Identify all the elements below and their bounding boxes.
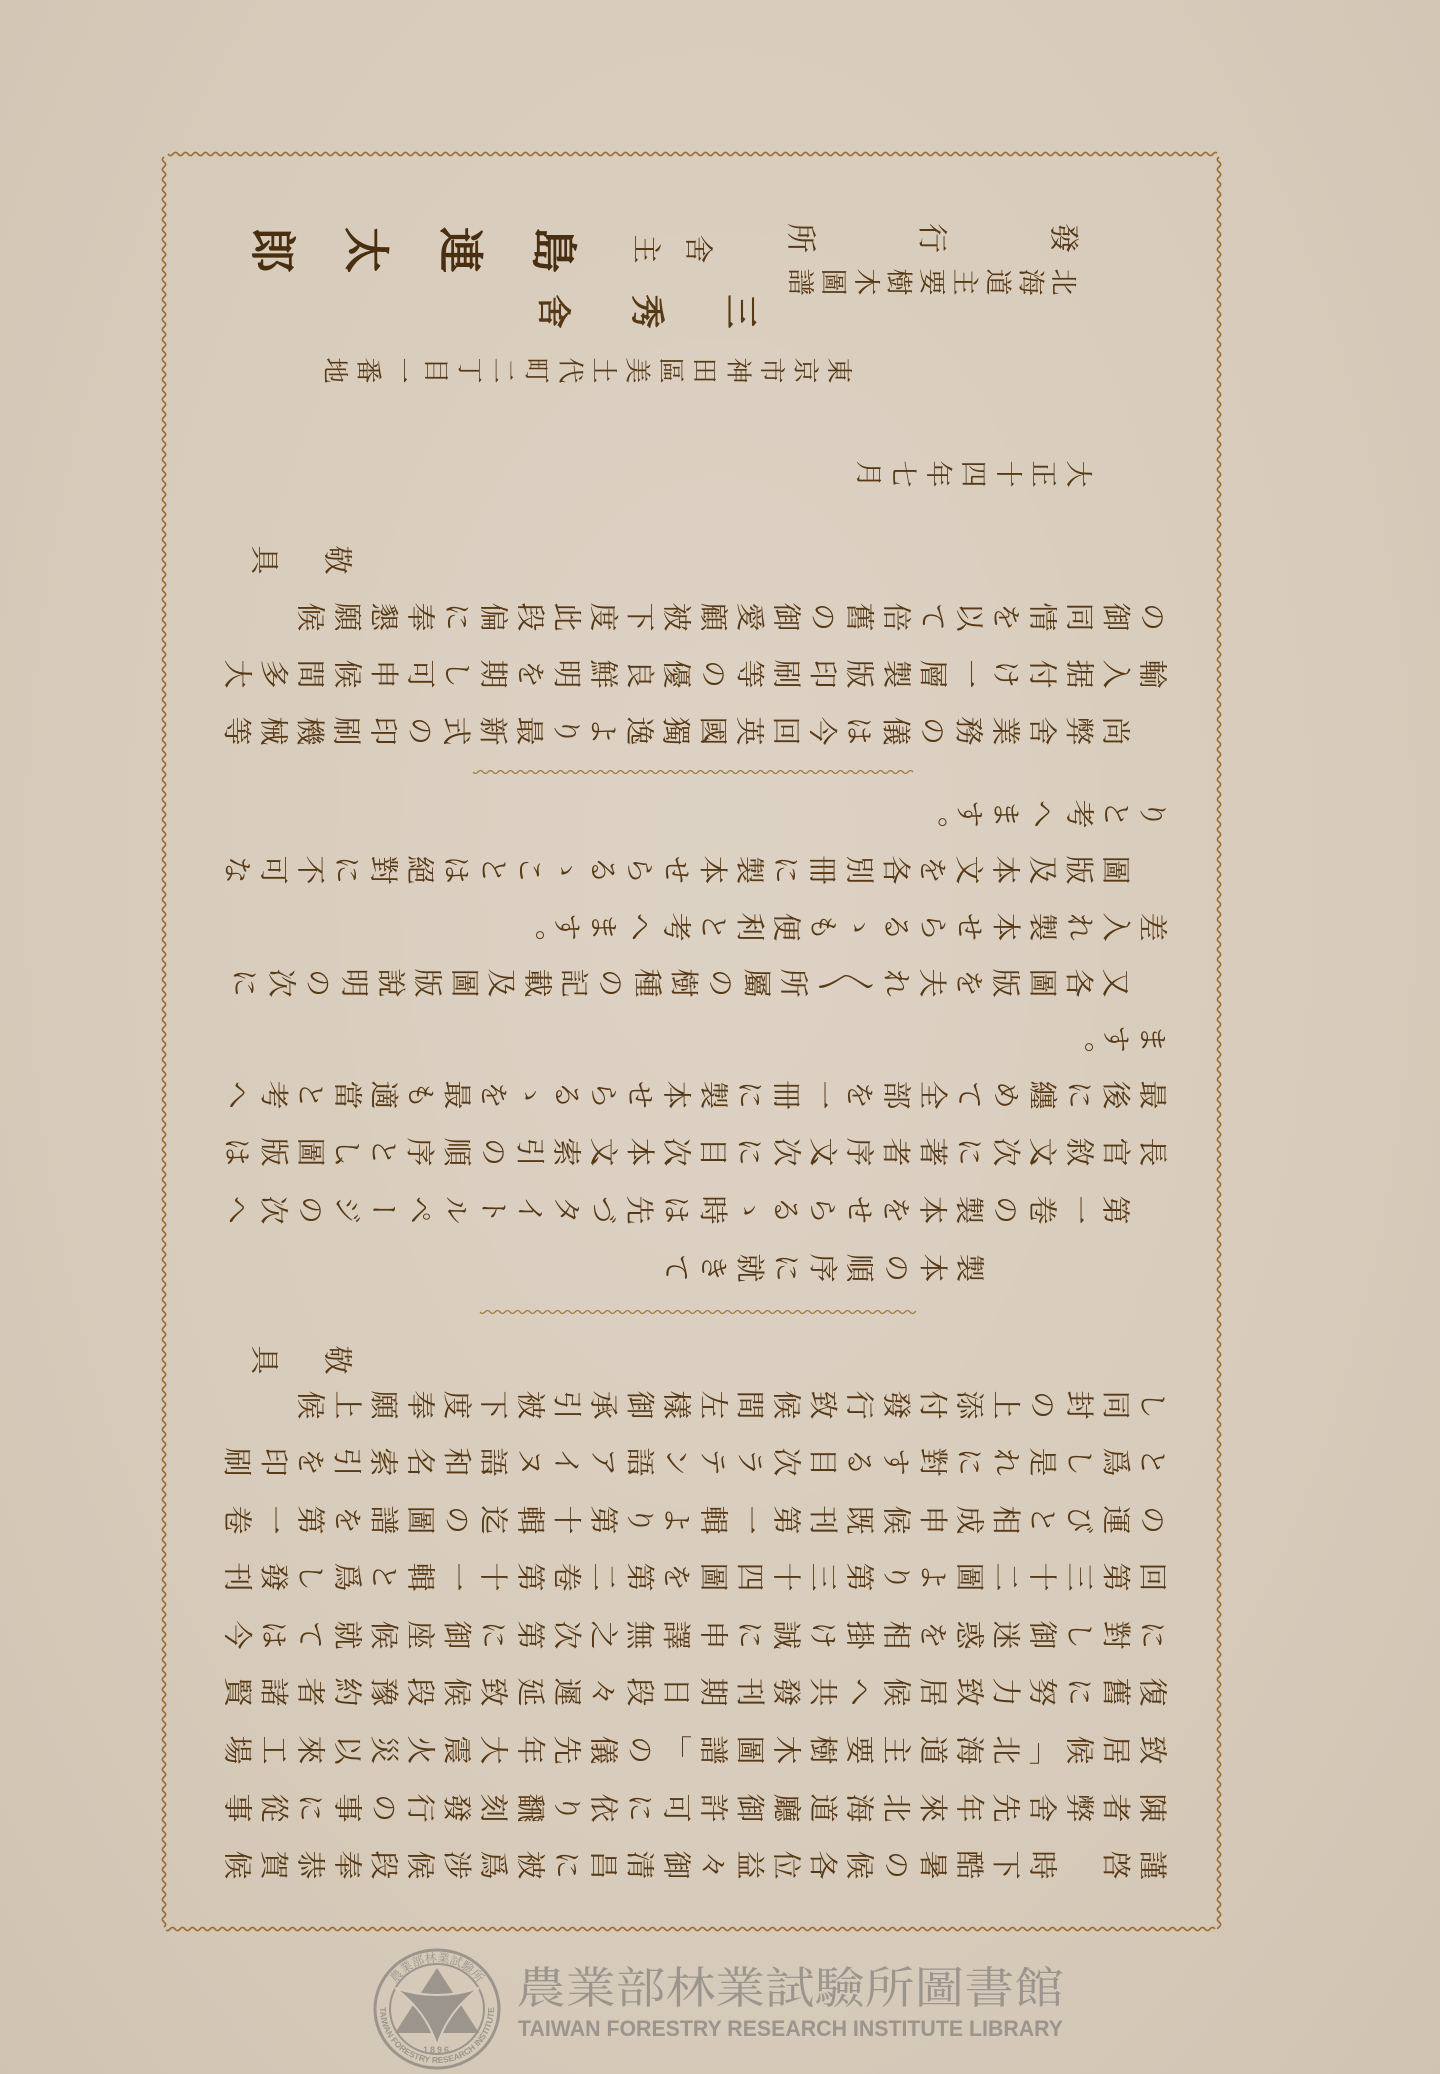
library-watermark: 農業部林業試驗所 TAIWAN FORESTRY RESEARCH INSTIT… (0, 0, 1440, 2074)
seal-year: 1896 (423, 2045, 451, 2055)
library-name-zh: 農業部林業試驗所圖書館 (516, 1964, 1064, 2013)
library-name-en: TAIWAN FORESTRY RESEARCH INSTITUTE LIBRA… (518, 2016, 1063, 2041)
library-seal: 農業部林業試驗所 TAIWAN FORESTRY RESEARCH INSTIT… (375, 1950, 499, 2068)
